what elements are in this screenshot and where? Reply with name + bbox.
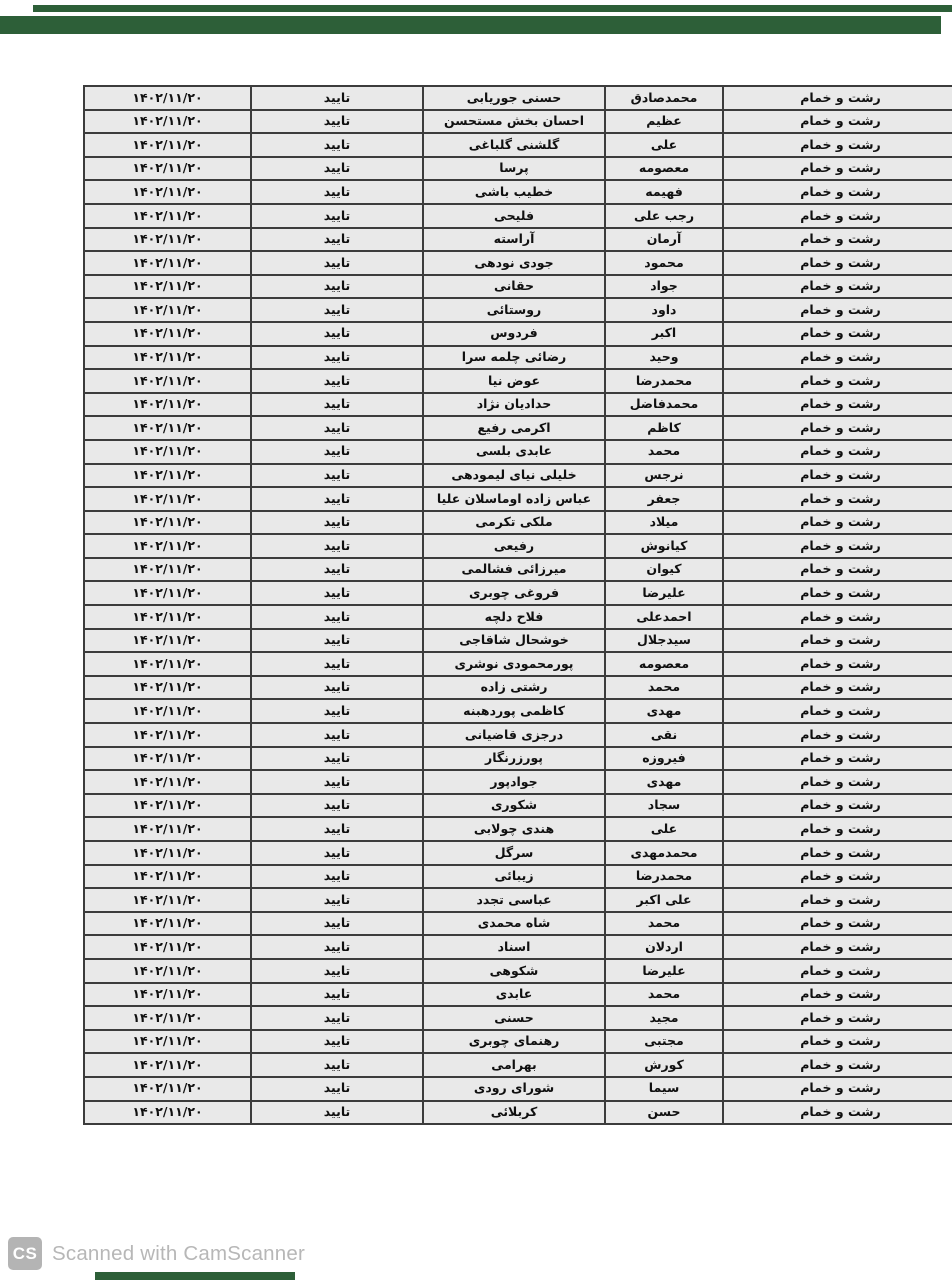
firstname-cell: احمدعلی xyxy=(605,605,723,629)
status-cell: تایید xyxy=(251,888,423,912)
lastname-cell: رضائی چلمه سرا xyxy=(423,346,605,370)
lastname-cell: آراسته xyxy=(423,228,605,252)
table-row: رشت و خمامحسنکربلائیتایید۱۴۰۲/۱۱/۲۰ xyxy=(84,1101,952,1125)
status-cell: تایید xyxy=(251,298,423,322)
status-cell: تایید xyxy=(251,912,423,936)
lastname-cell: فردوس xyxy=(423,322,605,346)
lastname-cell: کاظمی پوردهبنه xyxy=(423,699,605,723)
firstname-cell: محمود xyxy=(605,251,723,275)
status-cell: تایید xyxy=(251,676,423,700)
city-cell: رشت و خمام xyxy=(723,629,952,653)
firstname-cell: جعفر xyxy=(605,487,723,511)
table-row: رشت و خمامسیدجلالخوشحال شاقاجیتایید۱۴۰۲/… xyxy=(84,629,952,653)
firstname-cell: محمدصادق xyxy=(605,86,723,110)
city-cell: رشت و خمام xyxy=(723,487,952,511)
table-row: رشت و خمامآرمانآراستهتایید۱۴۰۲/۱۱/۲۰ xyxy=(84,228,952,252)
table-row: رشت و خماممحمدشاه محمدیتایید۱۴۰۲/۱۱/۲۰ xyxy=(84,912,952,936)
firstname-cell: کیوان xyxy=(605,558,723,582)
table-row: رشت و خمامعلیرضافروغی چوبریتایید۱۴۰۲/۱۱/… xyxy=(84,581,952,605)
table-row: رشت و خمامسیماشورای رودیتایید۱۴۰۲/۱۱/۲۰ xyxy=(84,1077,952,1101)
status-cell: تایید xyxy=(251,110,423,134)
city-cell: رشت و خمام xyxy=(723,676,952,700)
approval-table: رشت و خماممحمدصادقحسنی جوریابیتایید۱۴۰۲/… xyxy=(83,85,947,1125)
lastname-cell: عباسی تجدد xyxy=(423,888,605,912)
city-cell: رشت و خمام xyxy=(723,1053,952,1077)
date-cell: ۱۴۰۲/۱۱/۲۰ xyxy=(84,959,251,983)
city-cell: رشت و خمام xyxy=(723,180,952,204)
table-row: رشت و خماممحمدرضاعوض نیاتایید۱۴۰۲/۱۱/۲۰ xyxy=(84,369,952,393)
firstname-cell: فیروزه xyxy=(605,747,723,771)
status-cell: تایید xyxy=(251,1101,423,1125)
table-row: رشت و خماممحمدصادقحسنی جوریابیتایید۱۴۰۲/… xyxy=(84,86,952,110)
lastname-cell: بهرامی xyxy=(423,1053,605,1077)
table-row: رشت و خمامرجب علیفلیحیتایید۱۴۰۲/۱۱/۲۰ xyxy=(84,204,952,228)
lastname-cell: رفیعی xyxy=(423,534,605,558)
date-cell: ۱۴۰۲/۱۱/۲۰ xyxy=(84,794,251,818)
date-cell: ۱۴۰۲/۱۱/۲۰ xyxy=(84,912,251,936)
city-cell: رشت و خمام xyxy=(723,747,952,771)
status-cell: تایید xyxy=(251,581,423,605)
lastname-cell: روستائی xyxy=(423,298,605,322)
firstname-cell: علیرضا xyxy=(605,581,723,605)
lastname-cell: حدادیان نژاد xyxy=(423,393,605,417)
status-cell: تایید xyxy=(251,511,423,535)
status-cell: تایید xyxy=(251,180,423,204)
status-cell: تایید xyxy=(251,1006,423,1030)
firstname-cell: مجید xyxy=(605,1006,723,1030)
status-cell: تایید xyxy=(251,86,423,110)
status-cell: تایید xyxy=(251,275,423,299)
date-cell: ۱۴۰۲/۱۱/۲۰ xyxy=(84,747,251,771)
status-cell: تایید xyxy=(251,133,423,157)
date-cell: ۱۴۰۲/۱۱/۲۰ xyxy=(84,322,251,346)
table-row: رشت و خماماحمدعلیفلاح دلچهتایید۱۴۰۲/۱۱/۲… xyxy=(84,605,952,629)
lastname-cell: رشتی زاده xyxy=(423,676,605,700)
city-cell: رشت و خمام xyxy=(723,464,952,488)
status-cell: تایید xyxy=(251,747,423,771)
date-cell: ۱۴۰۲/۱۱/۲۰ xyxy=(84,133,251,157)
city-cell: رشت و خمام xyxy=(723,605,952,629)
date-cell: ۱۴۰۲/۱۱/۲۰ xyxy=(84,110,251,134)
date-cell: ۱۴۰۲/۱۱/۲۰ xyxy=(84,723,251,747)
lastname-cell: شکوری xyxy=(423,794,605,818)
city-cell: رشت و خمام xyxy=(723,1006,952,1030)
firstname-cell: جواد xyxy=(605,275,723,299)
date-cell: ۱۴۰۲/۱۱/۲۰ xyxy=(84,983,251,1007)
table-row: رشت و خماممحمدمهدیسرگلتایید۱۴۰۲/۱۱/۲۰ xyxy=(84,841,952,865)
date-cell: ۱۴۰۲/۱۱/۲۰ xyxy=(84,251,251,275)
lastname-cell: خوشحال شاقاجی xyxy=(423,629,605,653)
status-cell: تایید xyxy=(251,1077,423,1101)
table-row: رشت و خمامکیوانمیرزائی فشالمیتایید۱۴۰۲/۱… xyxy=(84,558,952,582)
status-cell: تایید xyxy=(251,534,423,558)
date-cell: ۱۴۰۲/۱۱/۲۰ xyxy=(84,629,251,653)
lastname-cell: پرسا xyxy=(423,157,605,181)
scan-edge-strip-top-1 xyxy=(33,5,952,12)
city-cell: رشت و خمام xyxy=(723,581,952,605)
scan-edge-strip-top-2 xyxy=(0,16,941,34)
table-row: رشت و خماممهدیجوادپورتایید۱۴۰۲/۱۱/۲۰ xyxy=(84,770,952,794)
date-cell: ۱۴۰۲/۱۱/۲۰ xyxy=(84,935,251,959)
table-row: رشت و خماماکبرفردوستایید۱۴۰۲/۱۱/۲۰ xyxy=(84,322,952,346)
city-cell: رشت و خمام xyxy=(723,393,952,417)
table-row: رشت و خمامکاظماکرمی رفیعتایید۱۴۰۲/۱۱/۲۰ xyxy=(84,416,952,440)
firstname-cell: محمدمهدی xyxy=(605,841,723,865)
city-cell: رشت و خمام xyxy=(723,275,952,299)
status-cell: تایید xyxy=(251,935,423,959)
table-row: رشت و خماممهدیکاظمی پوردهبنهتایید۱۴۰۲/۱۱… xyxy=(84,699,952,723)
table-row: رشت و خماممیلادملکی تکرمیتایید۱۴۰۲/۱۱/۲۰ xyxy=(84,511,952,535)
firstname-cell: علی اکبر xyxy=(605,888,723,912)
status-cell: تایید xyxy=(251,322,423,346)
date-cell: ۱۴۰۲/۱۱/۲۰ xyxy=(84,275,251,299)
status-cell: تایید xyxy=(251,959,423,983)
firstname-cell: اکبر xyxy=(605,322,723,346)
firstname-cell: داود xyxy=(605,298,723,322)
firstname-cell: مهدی xyxy=(605,770,723,794)
city-cell: رشت و خمام xyxy=(723,133,952,157)
firstname-cell: رجب علی xyxy=(605,204,723,228)
status-cell: تایید xyxy=(251,393,423,417)
city-cell: رشت و خمام xyxy=(723,1101,952,1125)
status-cell: تایید xyxy=(251,416,423,440)
city-cell: رشت و خمام xyxy=(723,652,952,676)
status-cell: تایید xyxy=(251,652,423,676)
city-cell: رشت و خمام xyxy=(723,228,952,252)
city-cell: رشت و خمام xyxy=(723,865,952,889)
table-row: رشت و خمامداودروستائیتایید۱۴۰۲/۱۱/۲۰ xyxy=(84,298,952,322)
date-cell: ۱۴۰۲/۱۱/۲۰ xyxy=(84,865,251,889)
city-cell: رشت و خمام xyxy=(723,794,952,818)
firstname-cell: محمد xyxy=(605,676,723,700)
lastname-cell: درجزی قاضیانی xyxy=(423,723,605,747)
firstname-cell: محمد xyxy=(605,440,723,464)
city-cell: رشت و خمام xyxy=(723,204,952,228)
status-cell: تایید xyxy=(251,794,423,818)
date-cell: ۱۴۰۲/۱۱/۲۰ xyxy=(84,888,251,912)
firstname-cell: محمدرضا xyxy=(605,865,723,889)
firstname-cell: محمدفاضل xyxy=(605,393,723,417)
lastname-cell: عباس زاده اوماسلان علیا xyxy=(423,487,605,511)
firstname-cell: مجتبی xyxy=(605,1030,723,1054)
firstname-cell: نقی xyxy=(605,723,723,747)
table-row: رشت و خمامنقیدرجزی قاضیانیتایید۱۴۰۲/۱۱/۲… xyxy=(84,723,952,747)
firstname-cell: سیما xyxy=(605,1077,723,1101)
status-cell: تایید xyxy=(251,487,423,511)
firstname-cell: علی xyxy=(605,817,723,841)
table-row: رشت و خماممحمودجودی نودهیتایید۱۴۰۲/۱۱/۲۰ xyxy=(84,251,952,275)
date-cell: ۱۴۰۲/۱۱/۲۰ xyxy=(84,369,251,393)
table-row: رشت و خماممجتبیرهنمای چوبریتایید۱۴۰۲/۱۱/… xyxy=(84,1030,952,1054)
status-cell: تایید xyxy=(251,841,423,865)
table-row: رشت و خمامعلیرضاشکوهیتایید۱۴۰۲/۱۱/۲۰ xyxy=(84,959,952,983)
status-cell: تایید xyxy=(251,204,423,228)
lastname-cell: پورمحمودی نوشری xyxy=(423,652,605,676)
table-body: رشت و خماممحمدصادقحسنی جوریابیتایید۱۴۰۲/… xyxy=(84,86,952,1124)
firstname-cell: محمد xyxy=(605,912,723,936)
camscanner-watermark: CS Scanned with CamScanner xyxy=(8,1237,305,1270)
lastname-cell: پورزرنگار xyxy=(423,747,605,771)
firstname-cell: علیرضا xyxy=(605,959,723,983)
lastname-cell: گلشنی گلباغی xyxy=(423,133,605,157)
table-row: رشت و خماممحمدرضازیبائیتایید۱۴۰۲/۱۱/۲۰ xyxy=(84,865,952,889)
table-row: رشت و خمامفیروزهپورزرنگارتایید۱۴۰۲/۱۱/۲۰ xyxy=(84,747,952,771)
city-cell: رشت و خمام xyxy=(723,841,952,865)
lastname-cell: حسنی xyxy=(423,1006,605,1030)
firstname-cell: عظیم xyxy=(605,110,723,134)
firstname-cell: محمدرضا xyxy=(605,369,723,393)
date-cell: ۱۴۰۲/۱۱/۲۰ xyxy=(84,558,251,582)
date-cell: ۱۴۰۲/۱۱/۲۰ xyxy=(84,652,251,676)
date-cell: ۱۴۰۲/۱۱/۲۰ xyxy=(84,1053,251,1077)
firstname-cell: فهیمه xyxy=(605,180,723,204)
status-cell: تایید xyxy=(251,1053,423,1077)
lastname-cell: جوادپور xyxy=(423,770,605,794)
table-row: رشت و خماممعصومهپرساتایید۱۴۰۲/۱۱/۲۰ xyxy=(84,157,952,181)
table-row: رشت و خماممحمدعابدیتایید۱۴۰۲/۱۱/۲۰ xyxy=(84,983,952,1007)
scan-edge-strip-bottom xyxy=(95,1272,295,1280)
date-cell: ۱۴۰۲/۱۱/۲۰ xyxy=(84,86,251,110)
status-cell: تایید xyxy=(251,817,423,841)
city-cell: رشت و خمام xyxy=(723,369,952,393)
city-cell: رشت و خمام xyxy=(723,534,952,558)
status-cell: تایید xyxy=(251,157,423,181)
table-row: رشت و خمامعلیگلشنی گلباغیتایید۱۴۰۲/۱۱/۲۰ xyxy=(84,133,952,157)
status-cell: تایید xyxy=(251,558,423,582)
city-cell: رشت و خمام xyxy=(723,110,952,134)
status-cell: تایید xyxy=(251,228,423,252)
city-cell: رشت و خمام xyxy=(723,959,952,983)
firstname-cell: نرجس xyxy=(605,464,723,488)
city-cell: رشت و خمام xyxy=(723,699,952,723)
firstname-cell: مهدی xyxy=(605,699,723,723)
firstname-cell: سجاد xyxy=(605,794,723,818)
table-row: رشت و خماموحیدرضائی چلمه سراتایید۱۴۰۲/۱۱… xyxy=(84,346,952,370)
status-cell: تایید xyxy=(251,605,423,629)
firstname-cell: معصومه xyxy=(605,652,723,676)
firstname-cell: حسن xyxy=(605,1101,723,1125)
date-cell: ۱۴۰۲/۱۱/۲۰ xyxy=(84,346,251,370)
date-cell: ۱۴۰۲/۱۱/۲۰ xyxy=(84,1077,251,1101)
city-cell: رشت و خمام xyxy=(723,723,952,747)
table-row: رشت و خمامکورشبهرامیتایید۱۴۰۲/۱۱/۲۰ xyxy=(84,1053,952,1077)
date-cell: ۱۴۰۲/۱۱/۲۰ xyxy=(84,180,251,204)
date-cell: ۱۴۰۲/۱۱/۲۰ xyxy=(84,676,251,700)
date-cell: ۱۴۰۲/۱۱/۲۰ xyxy=(84,487,251,511)
lastname-cell: عوض نیا xyxy=(423,369,605,393)
city-cell: رشت و خمام xyxy=(723,1077,952,1101)
table-row: رشت و خمامعلی اکبرعباسی تجددتایید۱۴۰۲/۱۱… xyxy=(84,888,952,912)
lastname-cell: عابدی بلسی xyxy=(423,440,605,464)
lastname-cell: جودی نودهی xyxy=(423,251,605,275)
table-row: رشت و خمامجعفرعباس زاده اوماسلان علیاتای… xyxy=(84,487,952,511)
table-row: رشت و خمامجوادحقانیتایید۱۴۰۲/۱۱/۲۰ xyxy=(84,275,952,299)
lastname-cell: هندی چولابی xyxy=(423,817,605,841)
firstname-cell: کاظم xyxy=(605,416,723,440)
date-cell: ۱۴۰۲/۱۱/۲۰ xyxy=(84,298,251,322)
date-cell: ۱۴۰۲/۱۱/۲۰ xyxy=(84,511,251,535)
firstname-cell: آرمان xyxy=(605,228,723,252)
status-cell: تایید xyxy=(251,464,423,488)
date-cell: ۱۴۰۲/۱۱/۲۰ xyxy=(84,1101,251,1125)
firstname-cell: معصومه xyxy=(605,157,723,181)
table-row: رشت و خمامعلیهندی چولابیتایید۱۴۰۲/۱۱/۲۰ xyxy=(84,817,952,841)
lastname-cell: رهنمای چوبری xyxy=(423,1030,605,1054)
status-cell: تایید xyxy=(251,865,423,889)
status-cell: تایید xyxy=(251,251,423,275)
table-row: رشت و خماممحمدعابدی بلسیتایید۱۴۰۲/۱۱/۲۰ xyxy=(84,440,952,464)
firstname-cell: کیانوش xyxy=(605,534,723,558)
city-cell: رشت و خمام xyxy=(723,440,952,464)
firstname-cell: اردلان xyxy=(605,935,723,959)
date-cell: ۱۴۰۲/۱۱/۲۰ xyxy=(84,817,251,841)
lastname-cell: خلیلی نیای لیمودهی xyxy=(423,464,605,488)
status-cell: تایید xyxy=(251,1030,423,1054)
date-cell: ۱۴۰۲/۱۱/۲۰ xyxy=(84,393,251,417)
date-cell: ۱۴۰۲/۱۱/۲۰ xyxy=(84,605,251,629)
status-cell: تایید xyxy=(251,369,423,393)
date-cell: ۱۴۰۲/۱۱/۲۰ xyxy=(84,464,251,488)
city-cell: رشت و خمام xyxy=(723,912,952,936)
status-cell: تایید xyxy=(251,983,423,1007)
table-row: رشت و خماممجیدحسنیتایید۱۴۰۲/۱۱/۲۰ xyxy=(84,1006,952,1030)
lastname-cell: شاه محمدی xyxy=(423,912,605,936)
lastname-cell: حسنی جوریابی xyxy=(423,86,605,110)
table-row: رشت و خمامعظیماحسان بخش مستحسنتایید۱۴۰۲/… xyxy=(84,110,952,134)
firstname-cell: علی xyxy=(605,133,723,157)
lastname-cell: اکرمی رفیع xyxy=(423,416,605,440)
status-cell: تایید xyxy=(251,723,423,747)
lastname-cell: اسناد xyxy=(423,935,605,959)
lastname-cell: ملکی تکرمی xyxy=(423,511,605,535)
lastname-cell: میرزائی فشالمی xyxy=(423,558,605,582)
lastname-cell: کربلائی xyxy=(423,1101,605,1125)
lastname-cell: احسان بخش مستحسن xyxy=(423,110,605,134)
lastname-cell: فلیحی xyxy=(423,204,605,228)
lastname-cell: فروغی چوبری xyxy=(423,581,605,605)
city-cell: رشت و خمام xyxy=(723,1030,952,1054)
city-cell: رشت و خمام xyxy=(723,157,952,181)
date-cell: ۱۴۰۲/۱۱/۲۰ xyxy=(84,770,251,794)
date-cell: ۱۴۰۲/۱۱/۲۰ xyxy=(84,416,251,440)
status-cell: تایید xyxy=(251,440,423,464)
city-cell: رشت و خمام xyxy=(723,86,952,110)
camscanner-watermark-text: Scanned with CamScanner xyxy=(52,1242,305,1266)
city-cell: رشت و خمام xyxy=(723,346,952,370)
status-cell: تایید xyxy=(251,699,423,723)
city-cell: رشت و خمام xyxy=(723,770,952,794)
date-cell: ۱۴۰۲/۱۱/۲۰ xyxy=(84,841,251,865)
table-row: رشت و خماماردلاناسنادتایید۱۴۰۲/۱۱/۲۰ xyxy=(84,935,952,959)
table-row: رشت و خمامکیانوشرفیعیتایید۱۴۰۲/۱۱/۲۰ xyxy=(84,534,952,558)
date-cell: ۱۴۰۲/۱۱/۲۰ xyxy=(84,228,251,252)
date-cell: ۱۴۰۲/۱۱/۲۰ xyxy=(84,699,251,723)
lastname-cell: شورای رودی xyxy=(423,1077,605,1101)
firstname-cell: وحید xyxy=(605,346,723,370)
table-row: رشت و خمامنرجسخلیلی نیای لیمودهیتایید۱۴۰… xyxy=(84,464,952,488)
date-cell: ۱۴۰۲/۱۱/۲۰ xyxy=(84,581,251,605)
city-cell: رشت و خمام xyxy=(723,511,952,535)
lastname-cell: سرگل xyxy=(423,841,605,865)
table-row: رشت و خمامفهیمهخطیب باشیتایید۱۴۰۲/۱۱/۲۰ xyxy=(84,180,952,204)
lastname-cell: عابدی xyxy=(423,983,605,1007)
date-cell: ۱۴۰۲/۱۱/۲۰ xyxy=(84,440,251,464)
city-cell: رشت و خمام xyxy=(723,416,952,440)
status-cell: تایید xyxy=(251,346,423,370)
lastname-cell: حقانی xyxy=(423,275,605,299)
city-cell: رشت و خمام xyxy=(723,251,952,275)
date-cell: ۱۴۰۲/۱۱/۲۰ xyxy=(84,157,251,181)
city-cell: رشت و خمام xyxy=(723,817,952,841)
date-cell: ۱۴۰۲/۱۱/۲۰ xyxy=(84,204,251,228)
lastname-cell: فلاح دلچه xyxy=(423,605,605,629)
table-row: رشت و خمامسجادشکوریتایید۱۴۰۲/۱۱/۲۰ xyxy=(84,794,952,818)
status-cell: تایید xyxy=(251,629,423,653)
firstname-cell: محمد xyxy=(605,983,723,1007)
table-row: رشت و خماممحمدفاضلحدادیان نژادتایید۱۴۰۲/… xyxy=(84,393,952,417)
lastname-cell: زیبائی xyxy=(423,865,605,889)
camscanner-logo-icon: CS xyxy=(8,1237,42,1270)
firstname-cell: میلاد xyxy=(605,511,723,535)
city-cell: رشت و خمام xyxy=(723,983,952,1007)
table-row: رشت و خماممحمدرشتی زادهتایید۱۴۰۲/۱۱/۲۰ xyxy=(84,676,952,700)
status-cell: تایید xyxy=(251,770,423,794)
firstname-cell: سیدجلال xyxy=(605,629,723,653)
approval-table-grid: رشت و خماممحمدصادقحسنی جوریابیتایید۱۴۰۲/… xyxy=(83,85,952,1125)
city-cell: رشت و خمام xyxy=(723,322,952,346)
city-cell: رشت و خمام xyxy=(723,298,952,322)
date-cell: ۱۴۰۲/۱۱/۲۰ xyxy=(84,534,251,558)
lastname-cell: خطیب باشی xyxy=(423,180,605,204)
table-row: رشت و خماممعصومهپورمحمودی نوشریتایید۱۴۰۲… xyxy=(84,652,952,676)
lastname-cell: شکوهی xyxy=(423,959,605,983)
firstname-cell: کورش xyxy=(605,1053,723,1077)
date-cell: ۱۴۰۲/۱۱/۲۰ xyxy=(84,1006,251,1030)
city-cell: رشت و خمام xyxy=(723,888,952,912)
date-cell: ۱۴۰۲/۱۱/۲۰ xyxy=(84,1030,251,1054)
city-cell: رشت و خمام xyxy=(723,558,952,582)
city-cell: رشت و خمام xyxy=(723,935,952,959)
